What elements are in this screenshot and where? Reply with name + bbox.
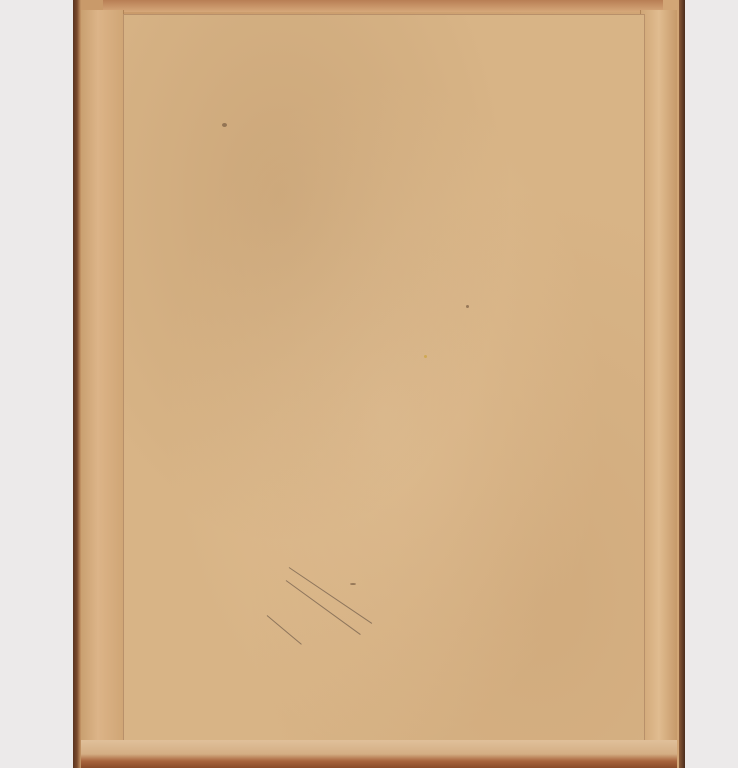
backing-board xyxy=(123,14,645,744)
picture-frame xyxy=(73,0,685,768)
pencil-line xyxy=(289,567,372,624)
pencil-line xyxy=(267,615,302,645)
frame-right-edge xyxy=(679,0,685,768)
stain-spot xyxy=(466,305,469,308)
stain-spot xyxy=(350,583,356,585)
stain-spot xyxy=(222,123,227,127)
frame-left-strip xyxy=(81,10,124,755)
frame-bottom-strip xyxy=(81,740,677,768)
frame-right-strip xyxy=(640,10,677,755)
frame-top-strip xyxy=(103,0,663,12)
stain-spot xyxy=(424,355,427,358)
